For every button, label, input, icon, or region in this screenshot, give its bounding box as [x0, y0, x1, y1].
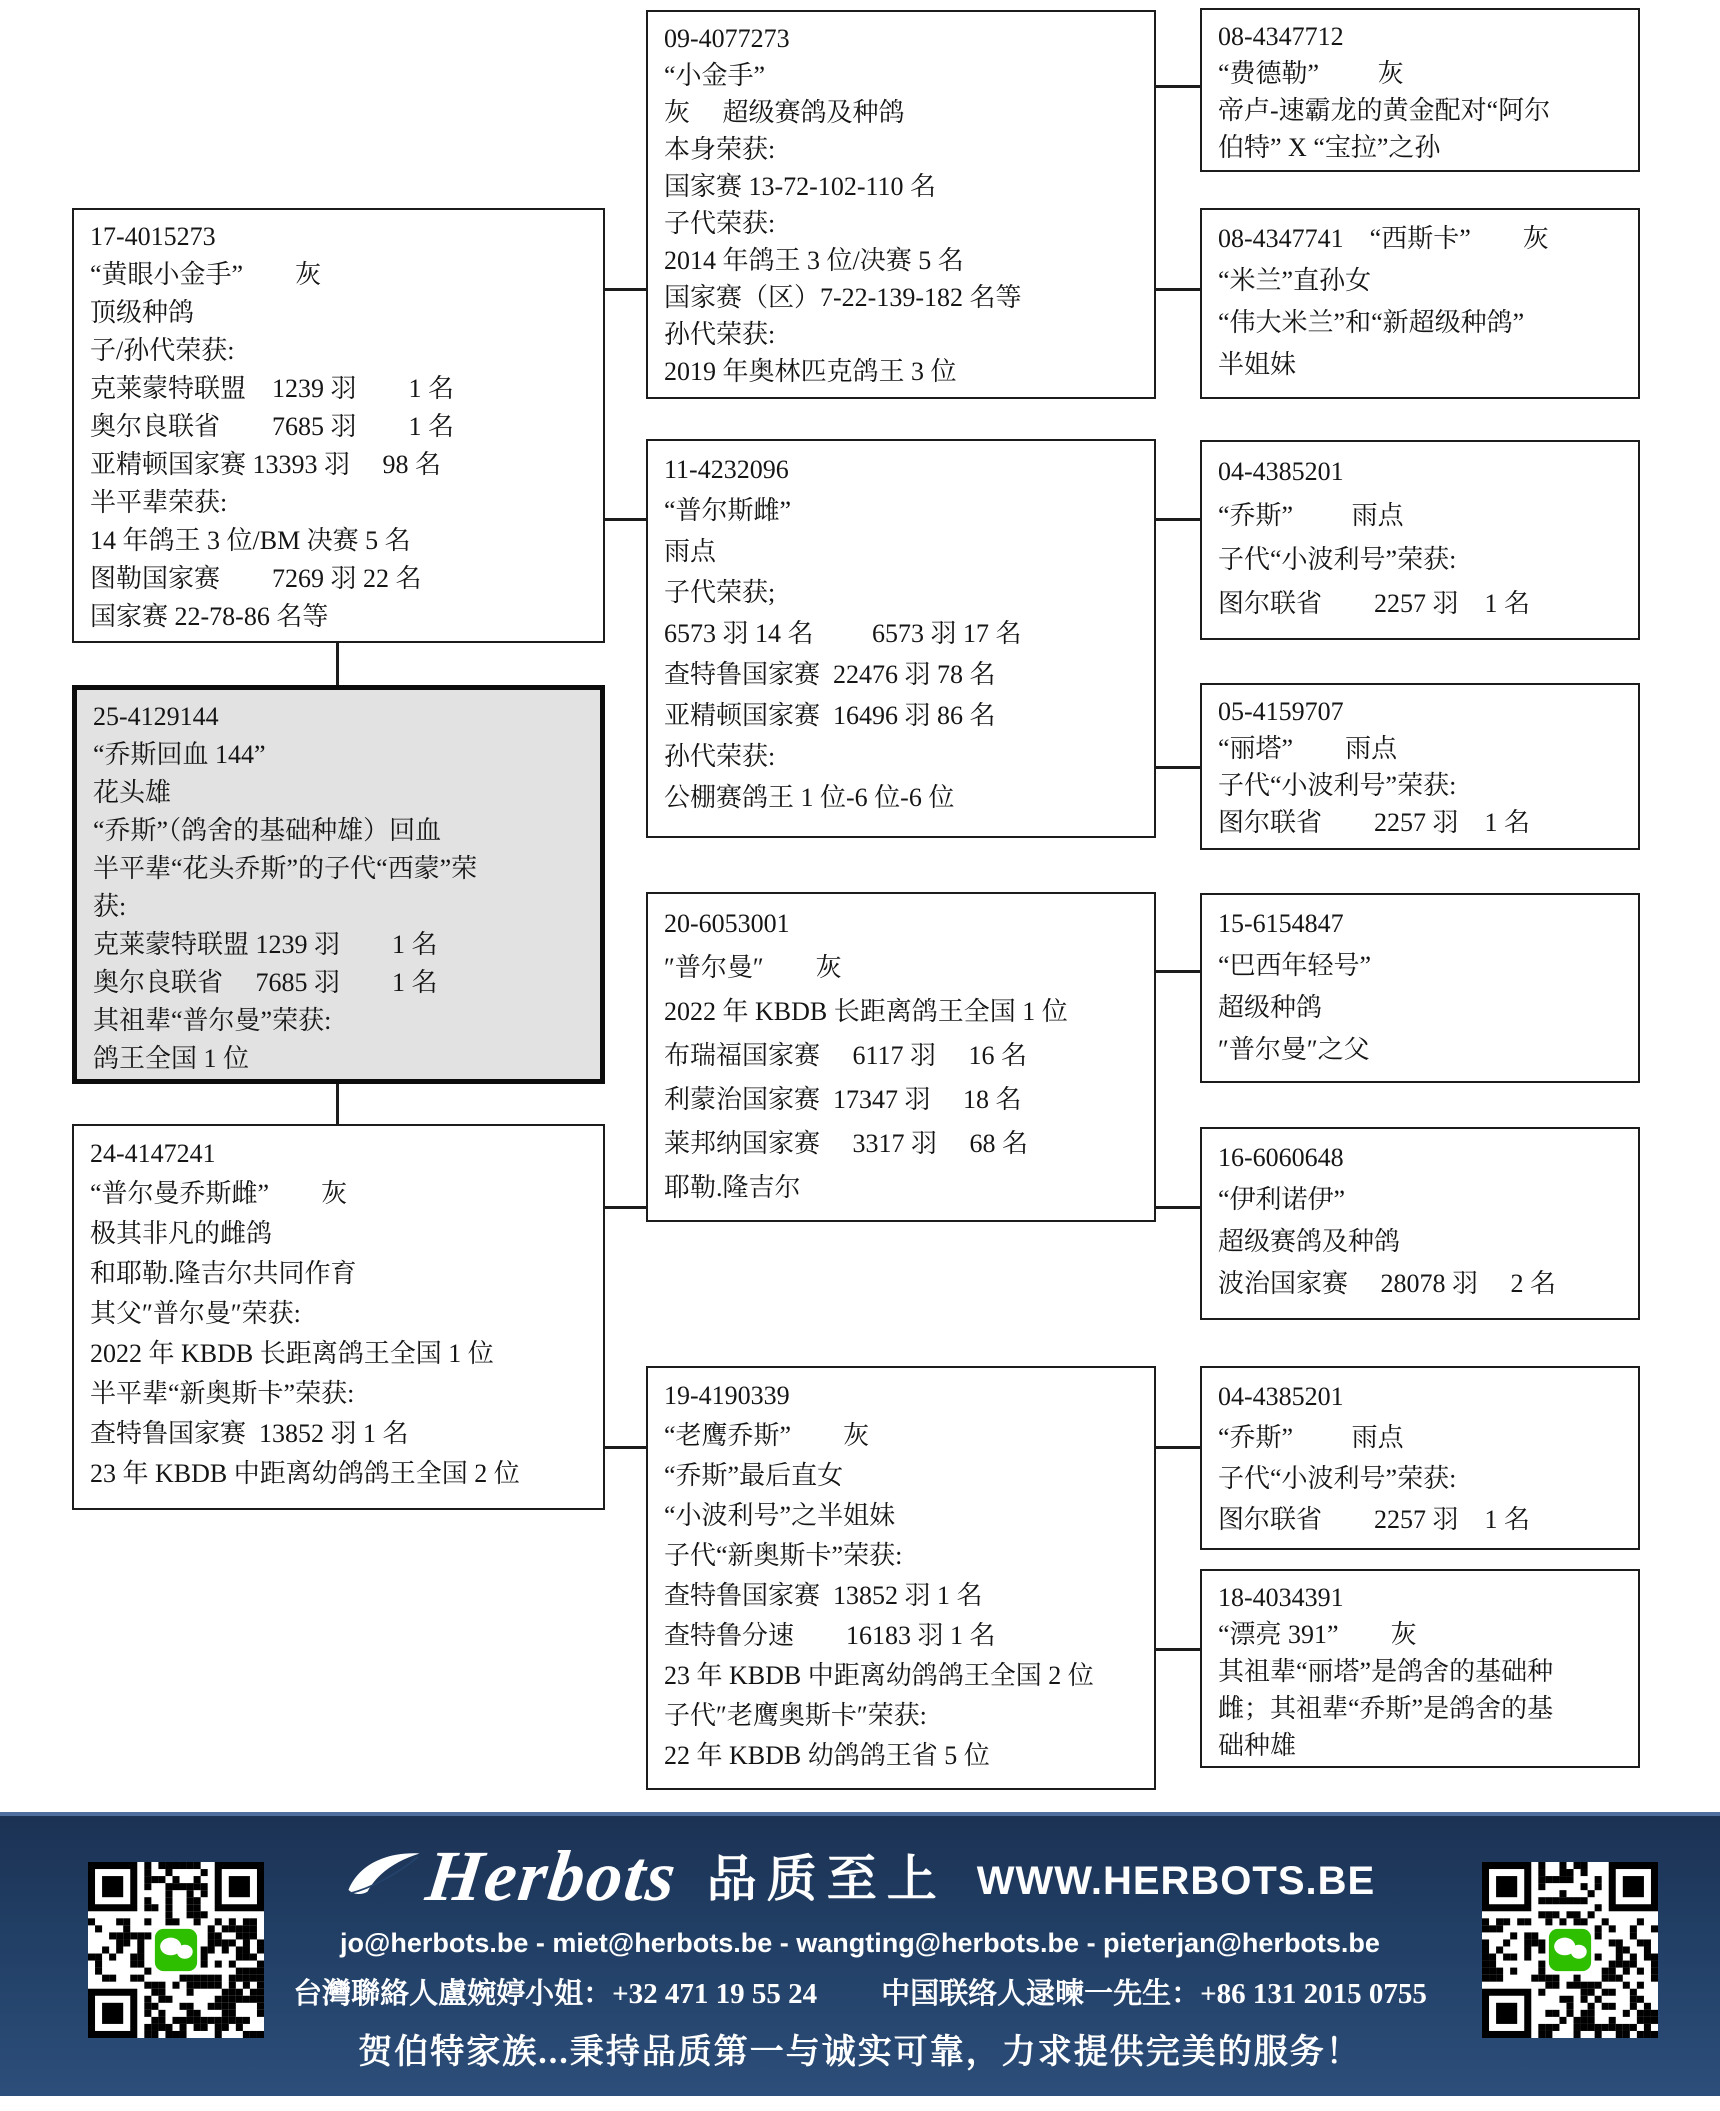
- pedigree-text-line: 克莱蒙特联盟 1239 羽 1 名: [93, 926, 586, 964]
- pedigree-text-line: “普尔曼乔斯雌” 灰: [90, 1174, 589, 1214]
- pedigree-text-line: 子代“小波利号”荣获:: [1218, 767, 1624, 804]
- pedigree-text-line: 超级赛鸽及种鸽: [1218, 1221, 1624, 1263]
- pedigree-box-mother-24-4147241: 24-4147241“普尔曼乔斯雌” 灰极其非凡的雌鸽和耶勒.隆吉尔共同作育其父…: [72, 1124, 605, 1510]
- pedigree-text-line: 22 年 KBDB 幼鸽鸽王省 5 位: [664, 1736, 1140, 1776]
- pedigree-text-line: “黄眼小金手” 灰: [90, 256, 589, 294]
- connector-line: [1156, 288, 1200, 291]
- tagline-text: 贺伯特家族...秉持品质第一与诚实可靠，力求提供完美的服务！: [280, 2024, 1440, 2073]
- pedigree-text-line: 奥尔良联省 7685 羽 1 名: [93, 964, 586, 1002]
- connector-line: [1156, 1206, 1200, 1209]
- pedigree-text-line: 克莱蒙特联盟 1239 羽 1 名: [90, 370, 589, 408]
- pedigree-text-line: “漂亮 391” 灰: [1218, 1616, 1624, 1653]
- pedigree-text-line: 灰 超级赛鸽及种鸽: [664, 94, 1140, 131]
- pedigree-box-20-6053001: 20-6053001″普尔曼″ 灰2022 年 KBDB 长距离鸽王全国 1 位…: [646, 892, 1156, 1222]
- pedigree-text-line: 半平辈“花头乔斯”的子代“西蒙”荣: [93, 850, 586, 888]
- footer-content: Herbots 品质至上 WWW.HERBOTS.BE jo@herbots.b…: [280, 1830, 1440, 2073]
- pedigree-text-line: 本身荣获:: [664, 131, 1140, 168]
- connector-line: [1156, 518, 1200, 521]
- pedigree-text-line: 20-6053001: [664, 902, 1140, 946]
- connector-line: [1156, 1446, 1200, 1449]
- pedigree-page: 17-4015273“黄眼小金手” 灰顶级种鸽子/孙代荣获:克莱蒙特联盟 123…: [0, 0, 1720, 2111]
- contact-info: 台灣聯絡人盧婉婷小姐：+32 471 19 55 24 中国联络人逯暕一先生：+…: [280, 1971, 1440, 2012]
- pedigree-box-subject-25-4129144: 25-4129144“乔斯回血 144”花头雄“乔斯”（鸽舍的基础种雄）回血半平…: [72, 685, 605, 1084]
- pedigree-text-line: “乔斯回血 144”: [93, 736, 586, 774]
- pedigree-text-line: “伊利诺伊”: [1218, 1179, 1624, 1221]
- pedigree-text-line: “乔斯”（鸽舍的基础种雄）回血: [93, 812, 586, 850]
- bottom-margin: [0, 2096, 1720, 2111]
- pedigree-text-line: “老鹰乔斯” 灰: [664, 1416, 1140, 1456]
- pedigree-text-line: 图勒国家赛 7269 羽 22 名: [90, 560, 589, 598]
- pedigree-text-line: “乔斯”最后直女: [664, 1456, 1140, 1496]
- brand-wordmark: Herbots: [422, 1840, 681, 1912]
- connector-line: [1156, 1648, 1200, 1651]
- pedigree-text-line: 鸽王全国 1 位: [93, 1040, 586, 1078]
- pedigree-text-line: 国家赛 13-72-102-110 名: [664, 168, 1140, 205]
- pedigree-text-line: 2019 年奥林匹克鸽王 3 位: [664, 353, 1140, 390]
- connector-line: [1156, 85, 1200, 88]
- pedigree-box-father-17-4015273: 17-4015273“黄眼小金手” 灰顶级种鸽子/孙代荣获:克莱蒙特联盟 123…: [72, 208, 605, 643]
- wechat-qr-code-right: [1482, 1862, 1658, 2038]
- pedigree-text-line: “乔斯” 雨点: [1218, 1417, 1624, 1458]
- connector-line: [1156, 970, 1200, 973]
- pedigree-text-line: 08-4347741 “西斯卡” 灰: [1218, 218, 1624, 260]
- pedigree-text-line: 图尔联省 2257 羽 1 名: [1218, 804, 1624, 841]
- pedigree-text-line: 和耶勒.隆吉尔共同作育: [90, 1254, 589, 1294]
- pedigree-text-line: 波治国家赛 28078 羽 2 名: [1218, 1263, 1624, 1305]
- contact-china: 中国联络人逯暕一先生：+86 131 2015 0755: [881, 1971, 1427, 2012]
- connector-line: [336, 1084, 339, 1124]
- slogan-text: 品质至上: [707, 1848, 947, 1904]
- pedigree-text-line: “巴西年轻号”: [1218, 945, 1624, 987]
- website-url: WWW.HERBOTS.BE: [977, 1851, 1375, 1901]
- pedigree-box-19-4190339: 19-4190339“老鹰乔斯” 灰“乔斯”最后直女“小波利号”之半姐妹子代“新…: [646, 1366, 1156, 1790]
- pedigree-text-line: 查特鲁国家赛 22476 羽 78 名: [664, 654, 1140, 695]
- pedigree-text-line: 23 年 KBDB 中距离幼鸽鸽王全国 2 位: [664, 1656, 1140, 1696]
- pedigree-text-line: 伯特” X “宝拉”之孙: [1218, 129, 1624, 166]
- connector-line: [336, 643, 339, 685]
- pedigree-text-line: 6573 羽 14 名 6573 羽 17 名: [664, 613, 1140, 654]
- pedigree-text-line: 2014 年鸽王 3 位/决赛 5 名: [664, 242, 1140, 279]
- pedigree-text-line: 奥尔良联省 7685 羽 1 名: [90, 408, 589, 446]
- pedigree-text-line: 17-4015273: [90, 218, 589, 256]
- footer-banner: Herbots 品质至上 WWW.HERBOTS.BE jo@herbots.b…: [0, 1812, 1720, 2096]
- pedigree-text-line: “丽塔” 雨点: [1218, 730, 1624, 767]
- pedigree-text-line: 帝卢-速霸龙的黄金配对“阿尔: [1218, 92, 1624, 129]
- pedigree-text-line: 18-4034391: [1218, 1579, 1624, 1616]
- pedigree-text-line: 09-4077273: [664, 20, 1140, 57]
- pedigree-text-line: “普尔斯雌”: [664, 490, 1140, 531]
- pedigree-text-line: 利蒙治国家赛 17347 羽 18 名: [664, 1078, 1140, 1122]
- pedigree-text-line: 04-4385201: [1218, 450, 1624, 494]
- pedigree-text-line: 查特鲁分速 16183 羽 1 名: [664, 1616, 1140, 1656]
- pedigree-text-line: 半姐妹: [1218, 344, 1624, 386]
- pedigree-text-line: 雌；其祖辈“乔斯”是鸽舍的基: [1218, 1690, 1624, 1727]
- pedigree-text-line: 24-4147241: [90, 1134, 589, 1174]
- pedigree-text-line: 亚精顿国家赛 16496 羽 86 名: [664, 695, 1140, 736]
- pedigree-box-04-4385201: 04-4385201“乔斯” 雨点子代“小波利号”荣获:图尔联省 2257 羽 …: [1200, 440, 1640, 640]
- pedigree-text-line: 子/孙代荣获:: [90, 332, 589, 370]
- pedigree-text-line: 2022 年 KBDB 长距离鸽王全国 1 位: [664, 990, 1140, 1034]
- wechat-qr-code-left: [88, 1862, 264, 2038]
- pedigree-text-line: 花头雄: [93, 774, 586, 812]
- pedigree-text-line: 其祖辈“普尔曼”荣获:: [93, 1002, 586, 1040]
- connector-line: [1156, 766, 1200, 769]
- pedigree-text-line: 04-4385201: [1218, 1376, 1624, 1417]
- pedigree-text-line: 14 年鸽王 3 位/BM 决赛 5 名: [90, 522, 589, 560]
- pedigree-text-line: 子代荣获;: [664, 572, 1140, 613]
- pedigree-text-line: 16-6060648: [1218, 1137, 1624, 1179]
- pedigree-text-line: 其祖辈“丽塔”是鸽舍的基础种: [1218, 1653, 1624, 1690]
- pedigree-text-line: 耶勒.隆吉尔: [664, 1166, 1140, 1210]
- pedigree-text-line: “米兰”直孙女: [1218, 260, 1624, 302]
- connector-line: [605, 1206, 646, 1209]
- pedigree-box-08-4347712: 08-4347712“费德勒” 灰帝卢-速霸龙的黄金配对“阿尔伯特” X “宝拉…: [1200, 8, 1640, 172]
- pedigree-text-line: “伟大米兰”和“新超级种鸽”: [1218, 302, 1624, 344]
- pedigree-text-line: 子代“新奥斯卡”荣获:: [664, 1536, 1140, 1576]
- pedigree-text-line: 超级种鸽: [1218, 987, 1624, 1029]
- pedigree-text-line: 其父″普尔曼″荣获:: [90, 1294, 589, 1334]
- pedigree-box-09-4077273: 09-4077273“小金手”灰 超级赛鸽及种鸽本身荣获:国家赛 13-72-1…: [646, 10, 1156, 399]
- pedigree-text-line: 雨点: [664, 531, 1140, 572]
- pedigree-box-04-4385201-dam-side: 04-4385201“乔斯” 雨点子代“小波利号”荣获:图尔联省 2257 羽 …: [1200, 1366, 1640, 1550]
- contact-taiwan: 台灣聯絡人盧婉婷小姐：+32 471 19 55 24: [293, 1971, 817, 2012]
- pedigree-text-line: 莱邦纳国家赛 3317 羽 68 名: [664, 1122, 1140, 1166]
- pedigree-box-16-6060648: 16-6060648“伊利诺伊”超级赛鸽及种鸽波治国家赛 28078 羽 2 名: [1200, 1127, 1640, 1320]
- email-addresses: jo@herbots.be - miet@herbots.be - wangti…: [280, 1928, 1440, 1959]
- pedigree-text-line: 子代″老鹰奥斯卡″荣获:: [664, 1696, 1140, 1736]
- pedigree-text-line: 础种雄: [1218, 1727, 1624, 1764]
- footer-brand-row: Herbots 品质至上 WWW.HERBOTS.BE: [280, 1830, 1440, 1922]
- pedigree-text-line: “乔斯” 雨点: [1218, 494, 1624, 538]
- pedigree-text-line: 15-6154847: [1218, 903, 1624, 945]
- pedigree-text-line: 子代“小波利号”荣获:: [1218, 1458, 1624, 1499]
- pedigree-text-line: 获:: [93, 888, 586, 926]
- pedigree-box-18-4034391: 18-4034391“漂亮 391” 灰其祖辈“丽塔”是鸽舍的基础种雌；其祖辈“…: [1200, 1569, 1640, 1768]
- pedigree-text-line: 05-4159707: [1218, 693, 1624, 730]
- pedigree-box-05-4159707: 05-4159707“丽塔” 雨点子代“小波利号”荣获:图尔联省 2257 羽 …: [1200, 683, 1640, 850]
- herbots-logo: Herbots: [345, 1840, 677, 1912]
- pedigree-text-line: 子代“小波利号”荣获:: [1218, 538, 1624, 582]
- pedigree-text-line: 11-4232096: [664, 449, 1140, 490]
- pedigree-text-line: 孙代荣获:: [664, 736, 1140, 777]
- pedigree-box-08-4347741: 08-4347741 “西斯卡” 灰“米兰”直孙女“伟大米兰”和“新超级种鸽”半…: [1200, 208, 1640, 399]
- pedigree-text-line: ″普尔曼″ 灰: [664, 946, 1140, 990]
- pedigree-text-line: 图尔联省 2257 羽 1 名: [1218, 582, 1624, 626]
- pedigree-text-line: 亚精顿国家赛 13393 羽 98 名: [90, 446, 589, 484]
- connector-line: [605, 288, 646, 291]
- connector-line: [605, 518, 646, 521]
- pedigree-box-15-6154847: 15-6154847“巴西年轻号”超级种鸽″普尔曼″之父: [1200, 893, 1640, 1083]
- feather-icon: [345, 1847, 423, 1905]
- pedigree-text-line: “小金手”: [664, 57, 1140, 94]
- pedigree-text-line: 布瑞福国家赛 6117 羽 16 名: [664, 1034, 1140, 1078]
- pedigree-text-line: 半平辈“新奥斯卡”荣获:: [90, 1374, 589, 1414]
- pedigree-text-line: 23 年 KBDB 中距离幼鸽鸽王全国 2 位: [90, 1454, 589, 1494]
- pedigree-text-line: 半平辈荣获:: [90, 484, 589, 522]
- pedigree-text-line: 查特鲁国家赛 13852 羽 1 名: [90, 1414, 589, 1454]
- pedigree-text-line: 19-4190339: [664, 1376, 1140, 1416]
- pedigree-text-line: 08-4347712: [1218, 18, 1624, 55]
- pedigree-text-line: 2022 年 KBDB 长距离鸽王全国 1 位: [90, 1334, 589, 1374]
- pedigree-text-line: 孙代荣获:: [664, 316, 1140, 353]
- connector-line: [605, 1446, 646, 1449]
- pedigree-box-11-4232096: 11-4232096“普尔斯雌”雨点子代荣获;6573 羽 14 名 6573 …: [646, 439, 1156, 838]
- pedigree-text-line: 公棚赛鸽王 1 位-6 位-6 位: [664, 777, 1140, 818]
- pedigree-text-line: 国家赛（区）7-22-139-182 名等: [664, 279, 1140, 316]
- pedigree-text-line: “小波利号”之半姐妹: [664, 1496, 1140, 1536]
- pedigree-text-line: 子代荣获:: [664, 205, 1140, 242]
- pedigree-text-line: ″普尔曼″之父: [1218, 1029, 1624, 1071]
- pedigree-text-line: 查特鲁国家赛 13852 羽 1 名: [664, 1576, 1140, 1616]
- pedigree-text-line: 国家赛 22-78-86 名等: [90, 598, 589, 636]
- pedigree-text-line: 极其非凡的雌鸽: [90, 1214, 589, 1254]
- pedigree-text-line: 顶级种鸽: [90, 294, 589, 332]
- pedigree-text-line: 图尔联省 2257 羽 1 名: [1218, 1499, 1624, 1540]
- pedigree-text-line: “费德勒” 灰: [1218, 55, 1624, 92]
- pedigree-text-line: 25-4129144: [93, 698, 586, 736]
